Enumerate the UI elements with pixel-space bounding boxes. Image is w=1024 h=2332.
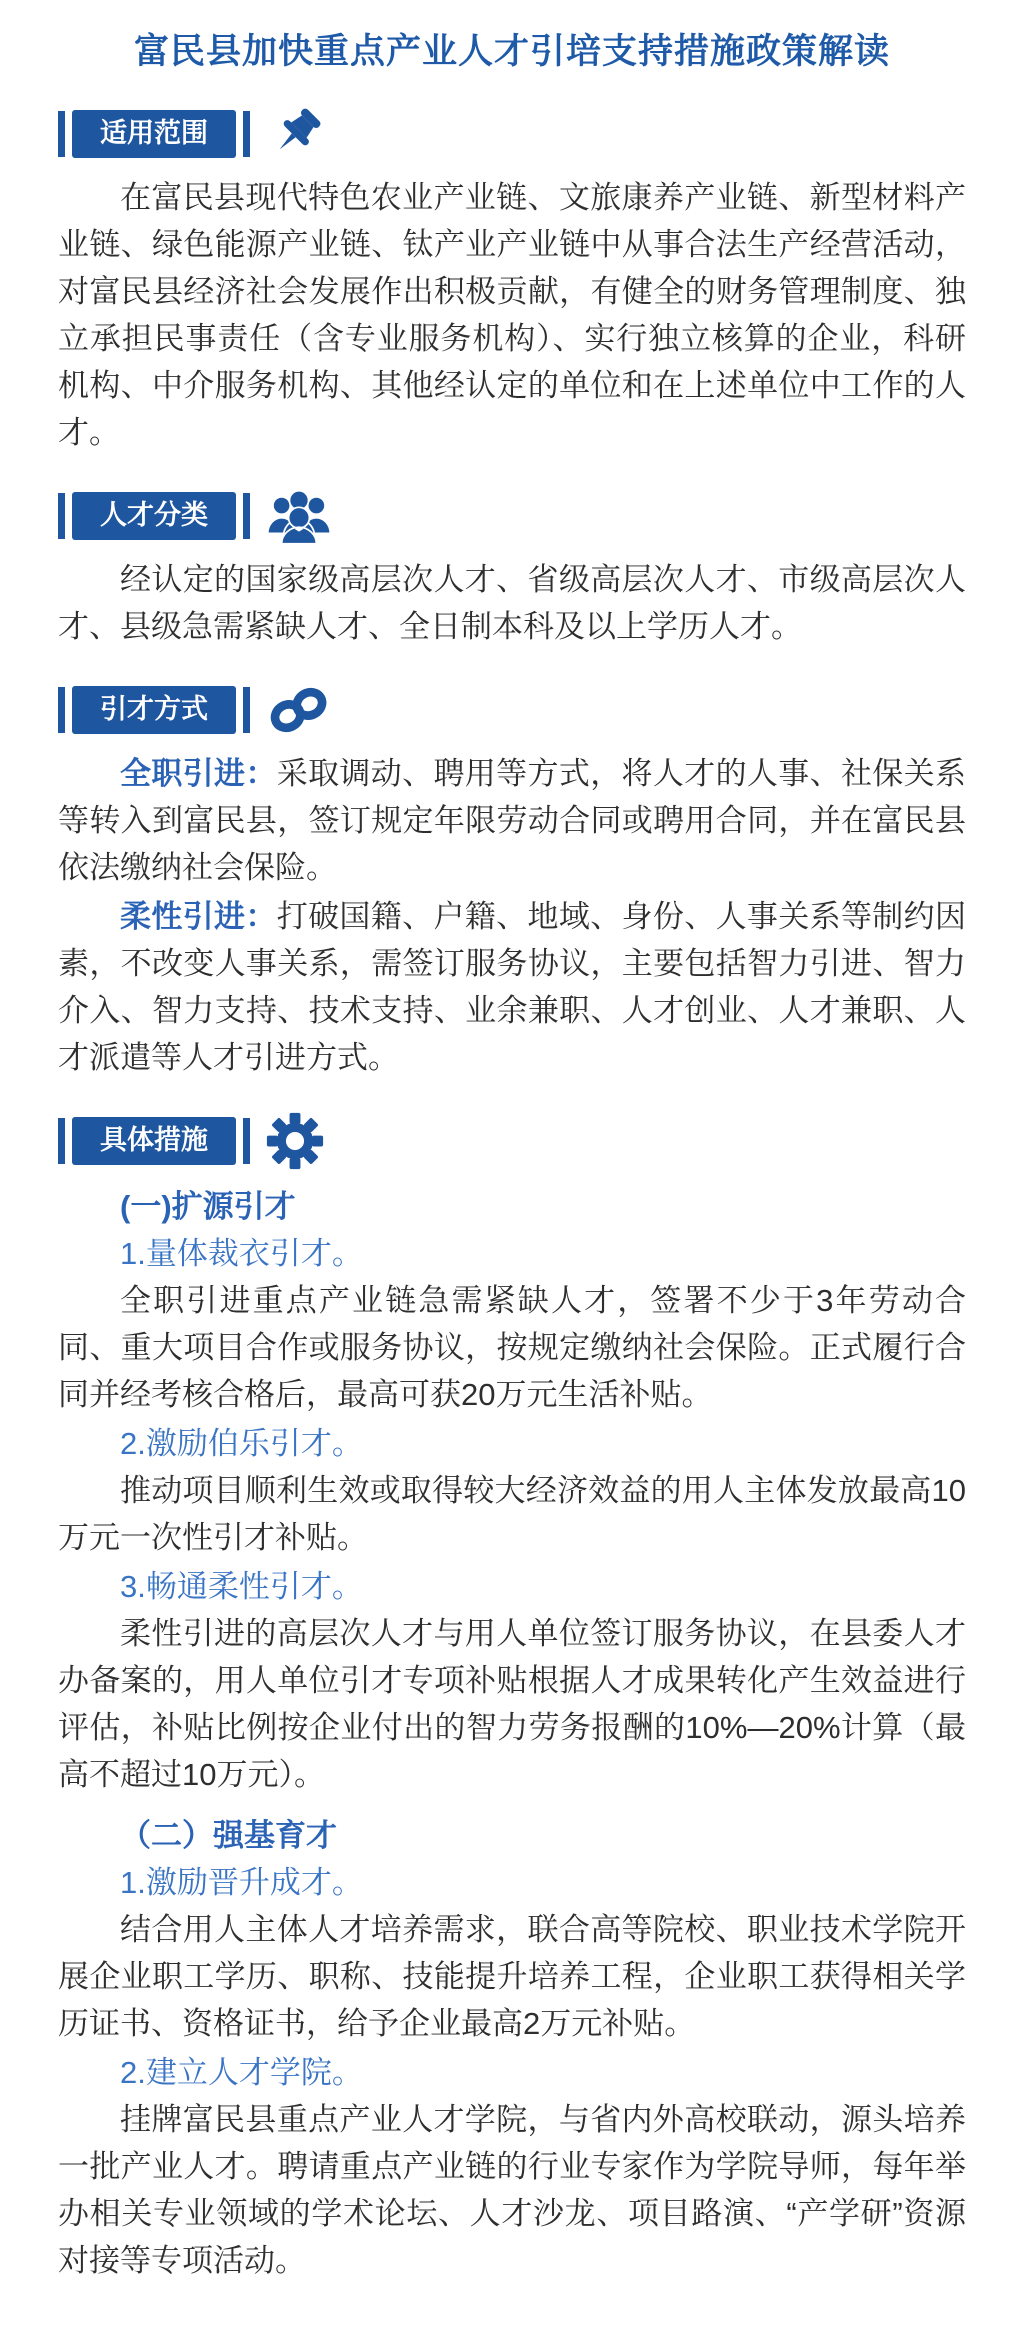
section-scope: 适用范围 在富民县现代特色农业产业链、文旅康养产业链、新型材料产业链、绿色能源产… <box>58 106 966 456</box>
scope-paragraph: 在富民县现代特色农业产业链、文旅康养产业链、新型材料产业链、绿色能源产业链、钛产… <box>58 174 966 456</box>
measure-2-2-subhead: 2.建立人才学院。 <box>58 2049 966 2096</box>
flexible-paragraph: 柔性引进：打破国籍、户籍、地域、身份、人事关系等制约因素，不改变人事关系，需签订… <box>58 893 966 1081</box>
section-measures: 具体措施 <box>58 1113 966 2284</box>
people-icon <box>266 487 332 545</box>
section-header-measures: 具体措施 <box>58 1113 966 1169</box>
header-bar-right <box>243 493 250 539</box>
measure-1-1-text: 全职引进重点产业链急需紧缺人才，签署不少于3年劳动合同、重大项目合作或服务协议，… <box>58 1277 966 1418</box>
measures-group-2-heading: （二）强基育才 <box>58 1812 966 1859</box>
pushpin-icon <box>266 105 324 163</box>
header-bar-left <box>58 111 65 157</box>
measure-1-2-text: 推动项目顺利生效或取得较大经济效益的用人主体发放最高10万元一次性引才补贴。 <box>58 1467 966 1561</box>
section-header-methods: 引才方式 <box>58 682 966 738</box>
header-bar-left <box>58 493 65 539</box>
measure-2-1-subhead: 1.激励晋升成才。 <box>58 1859 966 1906</box>
header-bar-right <box>243 1118 250 1164</box>
section-classification: 人才分类 经认定的国家级高 <box>58 488 966 650</box>
section-badge-scope: 适用范围 <box>72 110 236 158</box>
page-title: 富民县加快重点产业人才引培支持措施政策解读 <box>58 30 966 74</box>
fulltime-paragraph: 全职引进：采取调动、聘用等方式，将人才的人事、社保关系等转入到富民县，签订规定年… <box>58 750 966 891</box>
gear-icon <box>266 1112 324 1170</box>
measures-group-1-heading: (一)扩源引才 <box>58 1183 966 1230</box>
measure-1-3-subhead: 3.畅通柔性引才。 <box>58 1563 966 1610</box>
classification-paragraph: 经认定的国家级高层次人才、省级高层次人才、市级高层次人才、县级急需紧缺人才、全日… <box>58 556 966 650</box>
policy-document: 富民县加快重点产业人才引培支持措施政策解读 适用范围 在富民县现代特色农业产业链… <box>0 0 1024 2332</box>
measure-1-3-text: 柔性引进的高层次人才与用人单位签订服务协议，在县委人才办备案的，用人单位引才专项… <box>58 1610 966 1798</box>
section-badge-methods: 引才方式 <box>72 686 236 734</box>
fulltime-lead: 全职引进： <box>120 756 277 791</box>
measure-2-1-text: 结合用人主体人才培养需求，联合高等院校、职业技术学院开展企业职工学历、职称、技能… <box>58 1906 966 2047</box>
section-badge-classification: 人才分类 <box>72 492 236 540</box>
header-bar-left <box>58 687 65 733</box>
measure-1-1-subhead: 1.量体裁衣引才。 <box>58 1230 966 1277</box>
section-header-classification: 人才分类 <box>58 488 966 544</box>
header-bar-left <box>58 1118 65 1164</box>
section-badge-measures: 具体措施 <box>72 1117 236 1165</box>
header-bar-right <box>243 111 250 157</box>
header-bar-right <box>243 687 250 733</box>
chain-icon <box>266 683 332 737</box>
section-methods: 引才方式 全职引进：采取调动、聘用等方式，将人才的人事、社保关系等转入到富民县，… <box>58 682 966 1081</box>
measure-1-2-subhead: 2.激励伯乐引才。 <box>58 1420 966 1467</box>
section-header-scope: 适用范围 <box>58 106 966 162</box>
measure-2-2-text: 挂牌富民县重点产业人才学院，与省内外高校联动，源头培养一批产业人才。聘请重点产业… <box>58 2096 966 2284</box>
flexible-lead: 柔性引进： <box>120 899 277 934</box>
